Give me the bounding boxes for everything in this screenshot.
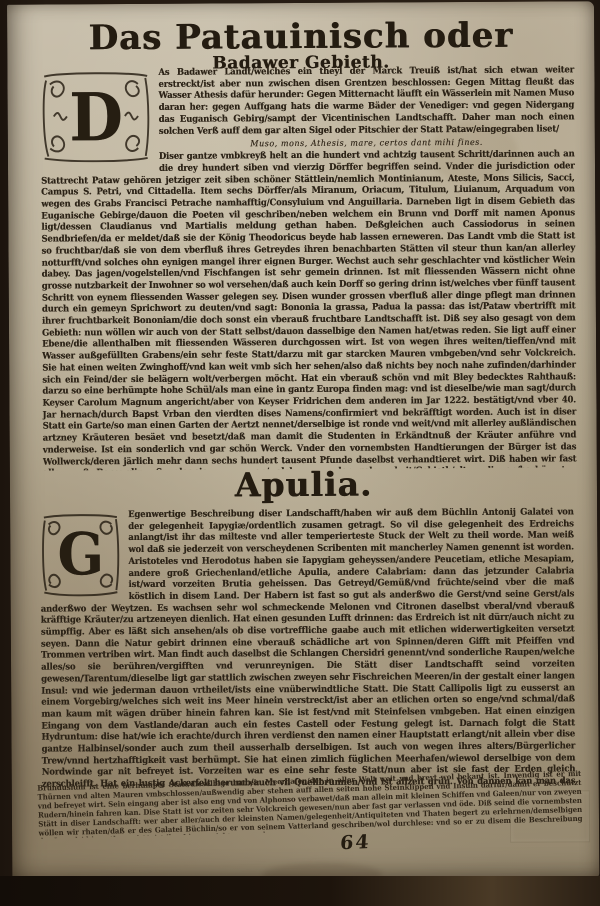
paper-page: Das Patauinisch oder Badawer Gebieth. D … [7,1,599,881]
ornate-initial-d-icon: D [40,70,151,163]
page-number: 64 [339,832,371,853]
svg-text:G: G [57,521,104,589]
ornate-initial-g-icon: G [40,512,121,596]
section-padua-text: D As Badawer Landt/welches ein theyl der… [40,65,578,470]
section-padua-paragraph-start: As Badawer Landt/welches ein theyl der M… [158,65,574,136]
section-padua-paragraph-rest: Diser gantze vmbkreyß helt an die hunder… [41,150,577,471]
photo-edge-shadow [0,876,600,906]
section-apulia-text: G Egenwertige Beschreibung diser Landsch… [40,507,582,788]
svg-text:D: D [69,79,123,157]
book-page-photo: { "page": { "title_line1": "Das Patauini… [0,0,600,906]
apulia-heading: Apulia. [10,463,597,506]
section-apulia-paragraph: Egenwertige Beschreibung diser Landschaf… [41,507,576,788]
